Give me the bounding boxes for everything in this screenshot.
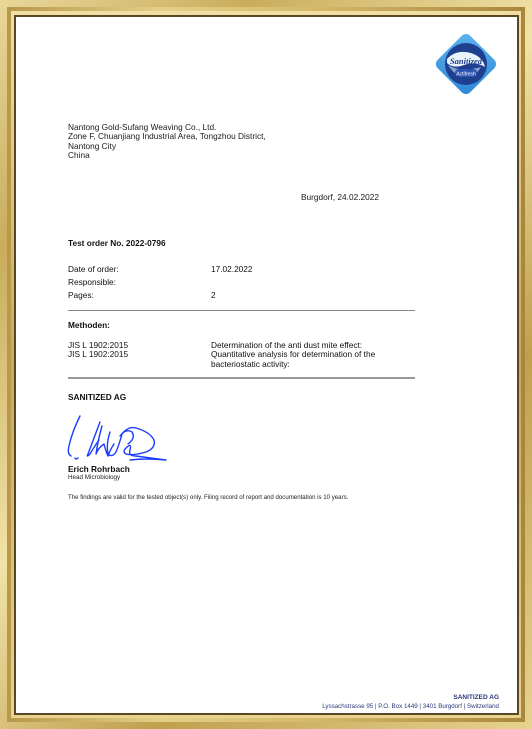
test-order-title: Test order No. 2022-0796 <box>68 238 166 248</box>
order-info: Date of order: 17.02.2022 Responsible: P… <box>68 263 253 302</box>
svg-text:Actifresh: Actifresh <box>456 71 476 77</box>
recipient-line: Nantong City <box>68 142 266 151</box>
place-and-date: Burgdorf, 24.02.2022 <box>301 192 379 202</box>
footer-address: Lyssachstrasse 95 | P.O. Box 1449 | 3401… <box>322 703 499 710</box>
recipient-address: Nantong Gold-Sufang Weaving Co., Ltd. Zo… <box>68 123 266 161</box>
order-field-date: Date of order: 17.02.2022 <box>68 263 253 276</box>
methods-title: Methoden: <box>68 320 110 330</box>
footer-company: SANITIZED AG <box>453 694 499 701</box>
field-value: 2 <box>211 289 216 302</box>
order-field-pages: Pages: 2 <box>68 289 253 302</box>
recipient-line: China <box>68 151 266 160</box>
handwritten-signature <box>66 414 176 464</box>
method-row: JIS L 1902:2015 Quantitative analysis fo… <box>68 350 411 369</box>
methods-list: JIS L 1902:2015 Determination of the ant… <box>68 341 411 369</box>
method-description: Quantitative analysis for determination … <box>211 350 411 369</box>
signing-company: SANITIZED AG <box>68 392 126 402</box>
section-divider <box>68 310 415 311</box>
order-field-responsible: Responsible: <box>68 276 253 289</box>
field-value: 17.02.2022 <box>211 263 253 276</box>
section-divider <box>68 377 415 379</box>
signer-name: Erich Rohrbach <box>68 464 130 474</box>
svg-text:Sanitized: Sanitized <box>450 56 483 66</box>
validity-footnote: The findings are valid for the tested ob… <box>68 494 348 501</box>
method-standard: JIS L 1902:2015 <box>68 350 211 369</box>
signer-role: Head Microbiology <box>68 474 120 481</box>
sanitized-actifresh-logo: Sanitized Actifresh <box>431 29 501 99</box>
field-label: Responsible: <box>68 276 211 289</box>
field-label: Pages: <box>68 289 211 302</box>
field-label: Date of order: <box>68 263 211 276</box>
